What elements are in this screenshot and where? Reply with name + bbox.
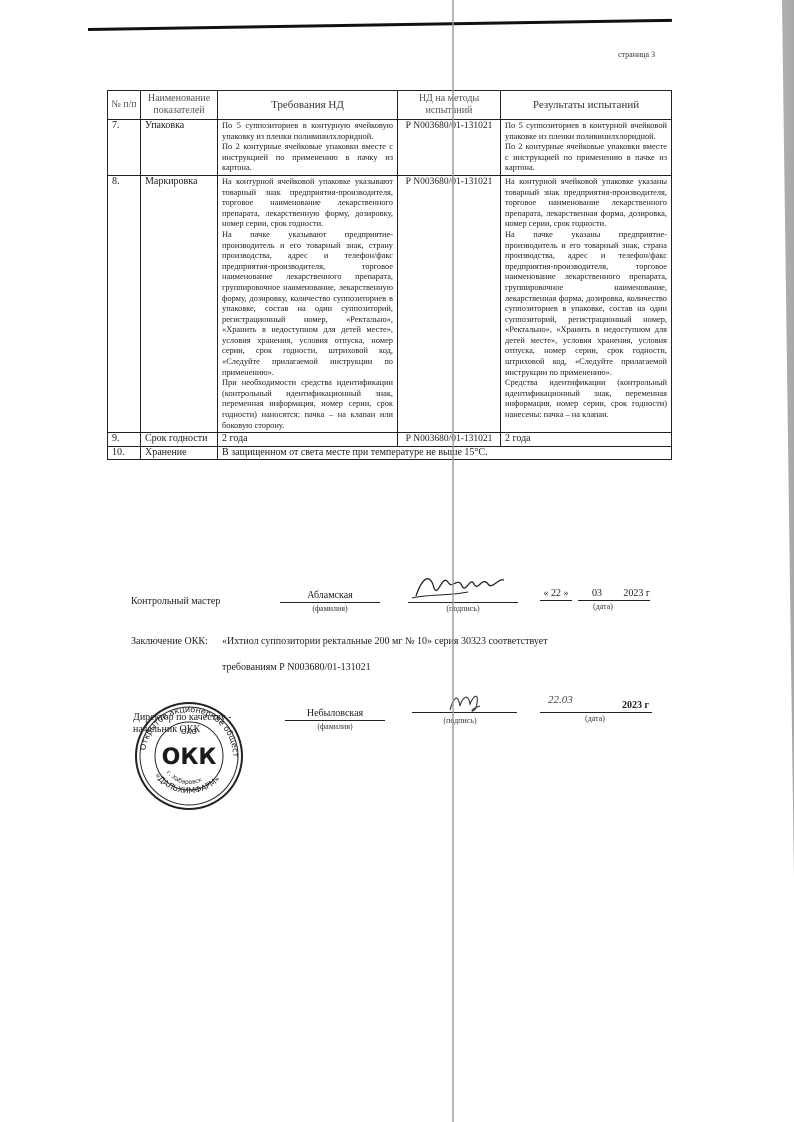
director-surname: Небыловская [285,708,385,721]
okk-stamp-icon: Открытое акционерное общество «ДАЛЬХИМФА… [133,700,245,812]
master-signature-icon [408,568,518,602]
master-surname-caption: (фамилия) [280,604,380,613]
master-date-day: « 22 » [540,588,572,601]
scan-vertical-line [452,0,454,1122]
director-date-year: 2023 г [622,700,649,711]
master-role: Контрольный мастер [131,596,220,607]
master-date-year: 2023 г [616,588,650,601]
master-date-month: 03 [578,588,616,601]
stamp-center: ОКК [162,745,217,770]
master-surname: Абламская [280,590,380,603]
conclusion-text: «Ихтиол суппозитории ректальные 200 мг №… [222,636,548,647]
director-date-caption: (дата) [580,714,610,723]
director-date-handwritten: 22.03 [548,694,573,706]
signature-section: Контрольный мастер Абламская (фамилия) (… [0,0,794,1122]
director-signature-caption: (подпись) [430,716,490,725]
director-signature-icon [440,688,500,718]
stamp-abbr: ОАО [181,728,197,736]
master-signature-caption: (подпись) [408,604,518,613]
conclusion-text-2: требованиям Р N003680/01-131021 [222,662,371,673]
director-surname-caption: (фамилия) [285,722,385,731]
conclusion-label: Заключение ОКК: [131,636,208,647]
master-date-caption: (дата) [578,602,628,611]
